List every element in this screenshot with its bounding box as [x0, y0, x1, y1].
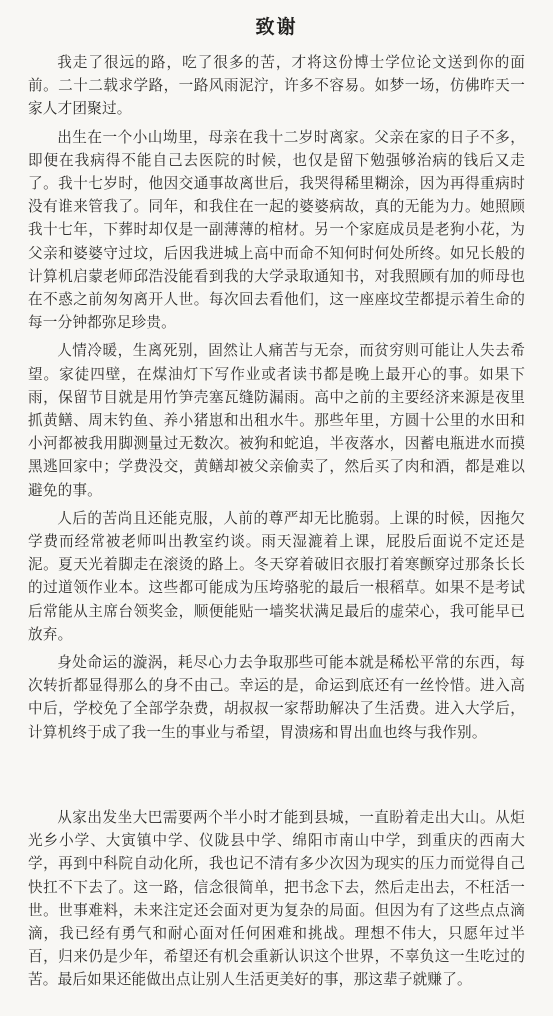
paragraph-1: 我走了很远的路，吃了很多的苦，才将这份博士学位论文送到你的面前。二十二载求学路，…	[28, 52, 525, 122]
paragraph-3: 人情冷暖，生离死别，固然让人痛苦与无奈，而贫穷则可能让人失去希望。家徒四壁，在煤…	[28, 340, 525, 502]
thesis-acknowledgment-document: 致谢 我走了很远的路，吃了很多的苦，才将这份博士学位论文送到你的面前。二十二载求…	[0, 0, 553, 1016]
paragraph-5: 身处命运的漩涡，耗尽心力去争取那些可能本就是稀松平常的东西，每次转折都显得那么的…	[28, 652, 525, 745]
paragraph-6: 从家出发坐大巴需要两个半小时才能到县城，一直盼着走出大山。从炬光乡小学、大寅镇中…	[28, 807, 525, 993]
page-title: 致谢	[28, 12, 525, 39]
paragraph-4: 人后的苦尚且还能克服，人前的尊严却无比脆弱。上课的时候，因拖欠学费而经常被老师叫…	[28, 508, 525, 647]
paragraph-2: 出生在一个小山坳里，母亲在我十二岁时离家。父亲在家的日子不多，即便在我病得不能自…	[28, 127, 525, 336]
